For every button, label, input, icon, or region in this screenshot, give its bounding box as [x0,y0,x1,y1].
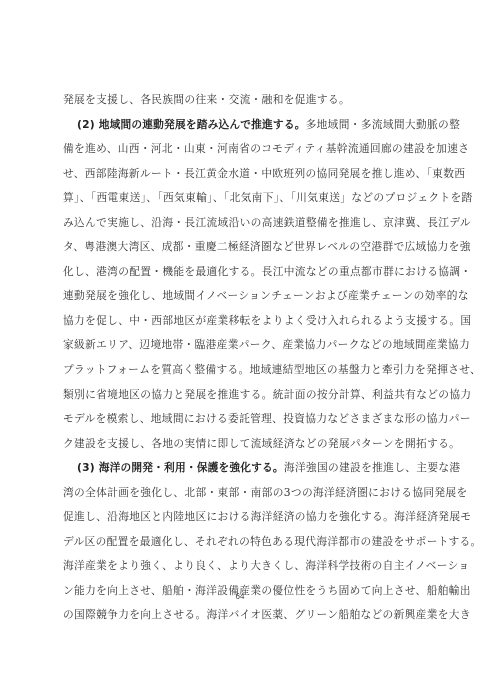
page-number: 64 [0,592,480,601]
line-text: 海洋強国の建設を推進し、主要な港 [284,461,461,474]
text-line: の国際競争力を向上させる。海洋バイオ医薬、グリーン船舶などの新興産業を大き [63,603,421,628]
line-text: 多地域間・多流域間大動脈の整 [306,118,461,131]
line-text: ク建設を支援し、各地の実情に即して流域経済などの発展パターンを開拓する。 [63,437,460,450]
line-text: 算」、「西電東送」、「西気東輸」、「北気南下」、「川気東送」などのプロジェクトを… [63,191,473,204]
text-line: ク建設を支援し、各地の実情に即して流域経済などの発展パターンを開拓する。 [63,432,421,457]
text-line: 家級新エリア、辺境地帯・臨港産業パーク、産業協力パークなどの地域間産業協力 [63,333,421,358]
line-text: せ、西部陸海新ルート・長江黄金水道・中欧班列の協同発展を推し進め、「東数西 [63,167,465,180]
text-line: 促進し、沿海地区と内陸地区における海洋経済の協力を強化する。海洋経済発展モ [63,505,421,530]
text-line: 備を進め、山西・河北・山東・河南省のコモディティ基幹流通回廊の建設を加速さ [63,137,421,162]
line-text: 備を進め、山西・河北・山東・河南省のコモディティ基幹流通回廊の建設を加速さ [63,142,469,155]
text-line: 連動発展を強化し、地域間イノベーションチェーンおよび産業チェーンの効率的な [63,284,421,309]
document-page: 発展を支援し、各民族間の往来・交流・融和を促進する。 (2) 地域間の連動発展を… [0,0,480,679]
text-line: 化し、港湾の配置・機能を最適化する。長江中流などの重点都市群における協調・ [63,260,421,285]
text-line: 算」、「西電東送」、「西気東輸」、「北気南下」、「川気東送」などのプロジェクトを… [63,186,421,211]
text-line: タ、粤港澳大湾区、成都・重慶二極経済圏など世界レベルの空港群で広域協力を強 [63,235,421,260]
line-text: デル区の配置を最適化し、それぞれの特色ある現代海洋都市の建設をサポートする。 [63,535,480,548]
text-line: モデルを模索し、地域間における委託管理、投資協力などさまざまな形の協力パー [63,407,421,432]
text-line: 海洋産業をより強く、より良く、より大きくし、海洋科学技術の自主イノベーショ [63,554,421,579]
text-line: 発展を支援し、各民族間の往来・交流・融和を促進する。 [63,88,421,113]
text-line: 協力を促し、中・西部地区が産業移転をよりよく受け入れられるよう支援する。国 [63,309,421,334]
line-text: み込んで実施し、沿海・長江流域沿いの高速鉄道整備を推進し、京津冀、長江デル [63,216,471,229]
line-text: プラットフォームを質高く整備する。地域連結型地区の基盤力と牽引力を発揮させ、 [63,363,480,376]
text-line: 類別に省境地区の協力と発展を推進する。統計面の按分計算、利益共有などの協力 [63,383,421,408]
section-heading: (3) 海洋の開発・利用・保護を強化する。 [77,461,284,474]
section-heading-line: (3) 海洋の開発・利用・保護を強化する。海洋強国の建設を推進し、主要な港 [63,456,421,481]
line-text: タ、粤港澳大湾区、成都・重慶二極経済圏など世界レベルの空港群で広域協力を強 [63,240,471,253]
line-text: 促進し、沿海地区と内陸地区における海洋経済の協力を強化する。海洋経済発展モ [63,510,471,523]
body-text: 発展を支援し、各民族間の往来・交流・融和を促進する。 (2) 地域間の連動発展を… [63,88,421,628]
line-text: 湾の全体計画を強化し、北部・東部・南部の3つの海洋経済圏における協同発展を [63,486,468,499]
line-text: 家級新エリア、辺境地帯・臨港産業パーク、産業協力パークなどの地域間産業協力 [63,338,470,351]
line-text: モデルを模索し、地域間における委託管理、投資協力などさまざまな形の協力パー [63,412,471,425]
section-heading: (2) 地域間の連動発展を踏み込んで推進する。 [77,118,306,131]
line-text: 海洋産業をより強く、より良く、より大きくし、海洋科学技術の自主イノベーショ [63,559,469,572]
line-text: 発展を支援し、各民族間の往来・交流・融和を促進する。 [63,93,350,106]
text-line: プラットフォームを質高く整備する。地域連結型地区の基盤力と牽引力を発揮させ、 [63,358,421,383]
line-text: 連動発展を強化し、地域間イノベーションチェーンおよび産業チェーンの効率的な [63,289,469,302]
text-line: 湾の全体計画を強化し、北部・東部・南部の3つの海洋経済圏における協同発展を [63,481,421,506]
text-line: せ、西部陸海新ルート・長江黄金水道・中欧班列の協同発展を推し進め、「東数西 [63,162,421,187]
text-line: み込んで実施し、沿海・長江流域沿いの高速鉄道整備を推進し、京津冀、長江デル [63,211,421,236]
line-text: の国際競争力を向上させる。海洋バイオ医薬、グリーン船舶などの新興産業を大き [63,608,471,621]
line-text: 協力を促し、中・西部地区が産業移転をよりよく受け入れられるよう支援する。国 [63,314,471,327]
text-line: デル区の配置を最適化し、それぞれの特色ある現代海洋都市の建設をサポートする。 [63,530,421,555]
line-text: 化し、港湾の配置・機能を最適化する。長江中流などの重点都市群における協調・ [63,265,471,278]
section-heading-line: (2) 地域間の連動発展を踏み込んで推進する。多地域間・多流域間大動脈の整 [63,113,421,138]
line-text: 類別に省境地区の協力と発展を推進する。統計面の按分計算、利益共有などの協力 [63,388,471,401]
